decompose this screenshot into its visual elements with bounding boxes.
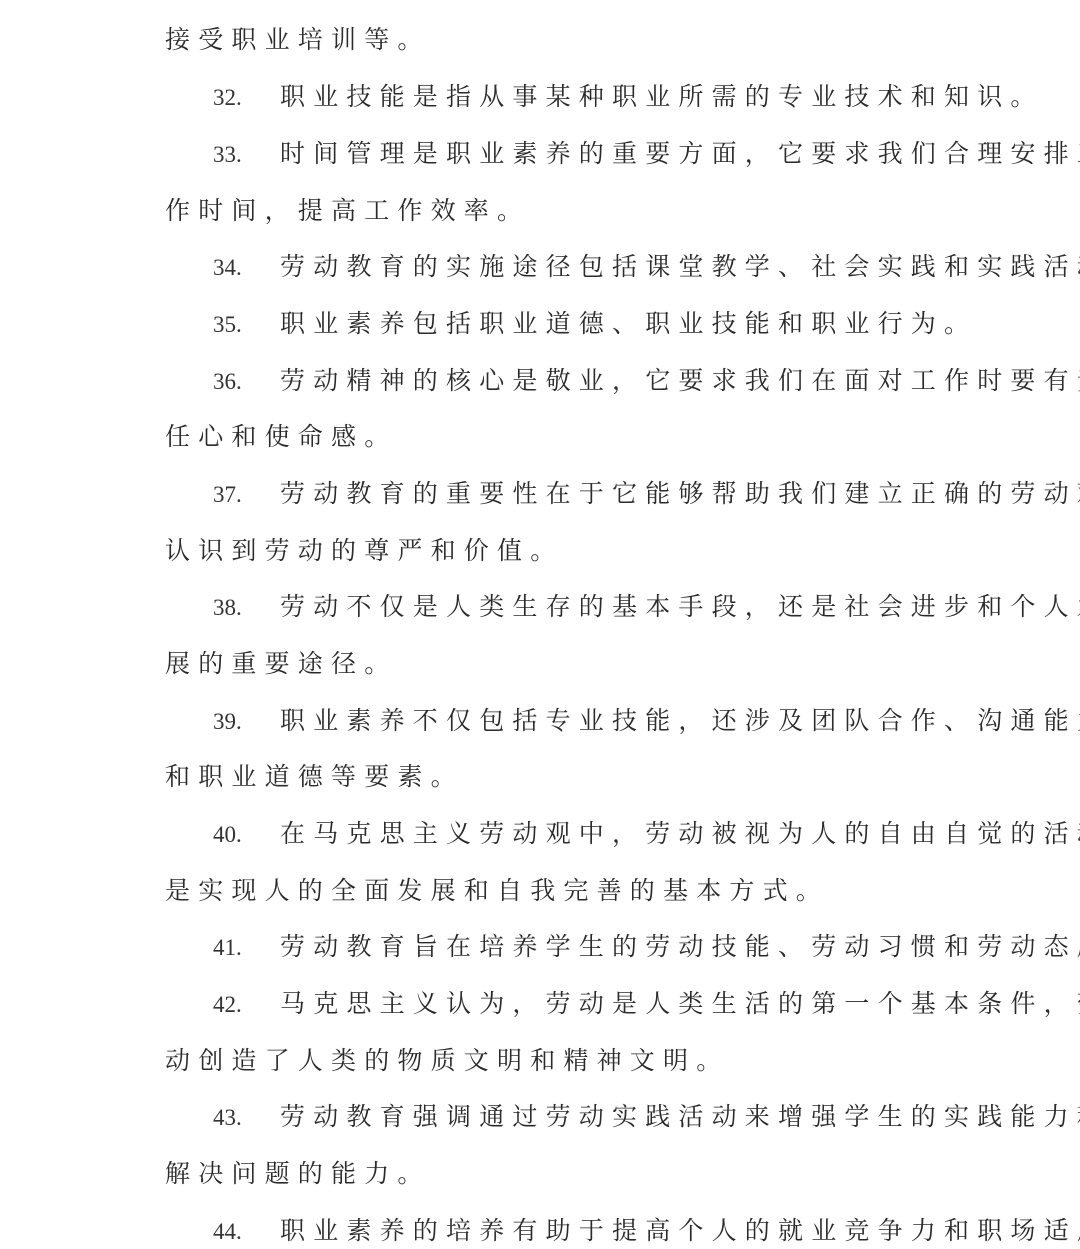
list-item-44: 44.职业素养的培养有助于提高个人的就业竞争力和职场适应 — [213, 1211, 973, 1249]
item-text: 职业技能是指从事某种职业所需的专业技术和知识。 — [280, 82, 1044, 111]
list-item-32: 32.职业技能是指从事某种职业所需的专业技术和知识。 — [213, 77, 973, 117]
item-number: 40. — [213, 815, 280, 855]
item-text: 时间管理是职业素养的重要方面，它要求我们合理安排工 — [280, 139, 1080, 168]
list-item-34: 34.劳动教育的实施途径包括课堂教学、社会实践和实践活动。 — [213, 247, 973, 287]
item-text: 在马克思主义劳动观中，劳动被视为人的自由自觉的活动， — [280, 819, 1080, 848]
line-text: 和职业道德等要素。 — [165, 762, 464, 791]
text-line-continuation: 展的重要途径。 — [165, 644, 925, 684]
list-item-36: 36.劳动精神的核心是敬业，它要求我们在面对工作时要有责 — [213, 361, 973, 401]
list-item-42: 42.马克思主义认为，劳动是人类生活的第一个基本条件，劳 — [213, 984, 973, 1024]
list-item-37: 37.劳动教育的重要性在于它能够帮助我们建立正确的劳动观， — [213, 474, 973, 514]
item-number: 39. — [213, 702, 280, 742]
item-text: 劳动教育的重要性在于它能够帮助我们建立正确的劳动观， — [280, 479, 1080, 508]
item-number: 37. — [213, 475, 280, 515]
line-text: 接受职业培训等。 — [165, 25, 431, 54]
item-number: 38. — [213, 588, 280, 628]
list-item-41: 41.劳动教育旨在培养学生的劳动技能、劳动习惯和劳动态度。 — [213, 927, 973, 967]
text-line-continuation: 认识到劳动的尊严和价值。 — [165, 531, 925, 571]
item-text: 马克思主义认为，劳动是人类生活的第一个基本条件，劳 — [280, 989, 1080, 1018]
item-text: 劳动精神的核心是敬业，它要求我们在面对工作时要有责 — [280, 366, 1080, 395]
line-text: 解决问题的能力。 — [165, 1159, 431, 1188]
list-item-40: 40.在马克思主义劳动观中，劳动被视为人的自由自觉的活动， — [213, 814, 973, 854]
document-page: 接受职业培训等。 32.职业技能是指从事某种职业所需的专业技术和知识。 33.时… — [0, 0, 1080, 1249]
text-line-continuation: 和职业道德等要素。 — [165, 757, 925, 797]
item-number: 41. — [213, 928, 280, 968]
line-text: 任心和使命感。 — [165, 422, 397, 451]
list-item-39: 39.职业素养不仅包括专业技能，还涉及团队合作、沟通能力 — [213, 701, 973, 741]
line-text: 认识到劳动的尊严和价值。 — [165, 536, 563, 565]
item-text: 职业素养的培养有助于提高个人的就业竞争力和职场适应 — [280, 1216, 1080, 1245]
item-number: 43. — [213, 1098, 280, 1138]
line-text: 作时间，提高工作效率。 — [165, 196, 530, 225]
list-item-38: 38.劳动不仅是人类生存的基本手段，还是社会进步和个人发 — [213, 587, 973, 627]
text-line-continuation: 是实现人的全面发展和自我完善的基本方式。 — [165, 871, 925, 911]
item-text: 劳动教育强调通过劳动实践活动来增强学生的实践能力和 — [280, 1102, 1080, 1131]
text-line-continuation: 接受职业培训等。 — [165, 20, 925, 60]
list-item-35: 35.职业素养包括职业道德、职业技能和职业行为。 — [213, 304, 973, 344]
item-number: 44. — [213, 1212, 280, 1249]
item-text: 劳动教育旨在培养学生的劳动技能、劳动习惯和劳动态度。 — [280, 932, 1080, 961]
text-line-continuation: 解决问题的能力。 — [165, 1154, 925, 1194]
item-number: 34. — [213, 248, 280, 288]
item-number: 35. — [213, 305, 280, 345]
line-text: 是实现人的全面发展和自我完善的基本方式。 — [165, 876, 829, 905]
text-line-continuation: 作时间，提高工作效率。 — [165, 191, 925, 231]
list-item-33: 33.时间管理是职业素养的重要方面，它要求我们合理安排工 — [213, 134, 973, 174]
item-number: 33. — [213, 135, 280, 175]
item-text: 职业素养不仅包括专业技能，还涉及团队合作、沟通能力 — [280, 706, 1080, 735]
text-line-continuation: 任心和使命感。 — [165, 417, 925, 457]
item-text: 劳动不仅是人类生存的基本手段，还是社会进步和个人发 — [280, 592, 1080, 621]
text-line-continuation: 动创造了人类的物质文明和精神文明。 — [165, 1041, 925, 1081]
item-number: 42. — [213, 985, 280, 1025]
item-number: 32. — [213, 78, 280, 118]
item-text: 职业素养包括职业道德、职业技能和职业行为。 — [280, 309, 977, 338]
line-text: 展的重要途径。 — [165, 649, 397, 678]
item-number: 36. — [213, 362, 280, 402]
line-text: 动创造了人类的物质文明和精神文明。 — [165, 1046, 729, 1075]
list-item-43: 43.劳动教育强调通过劳动实践活动来增强学生的实践能力和 — [213, 1097, 973, 1137]
item-text: 劳动教育的实施途径包括课堂教学、社会实践和实践活动。 — [280, 252, 1080, 281]
